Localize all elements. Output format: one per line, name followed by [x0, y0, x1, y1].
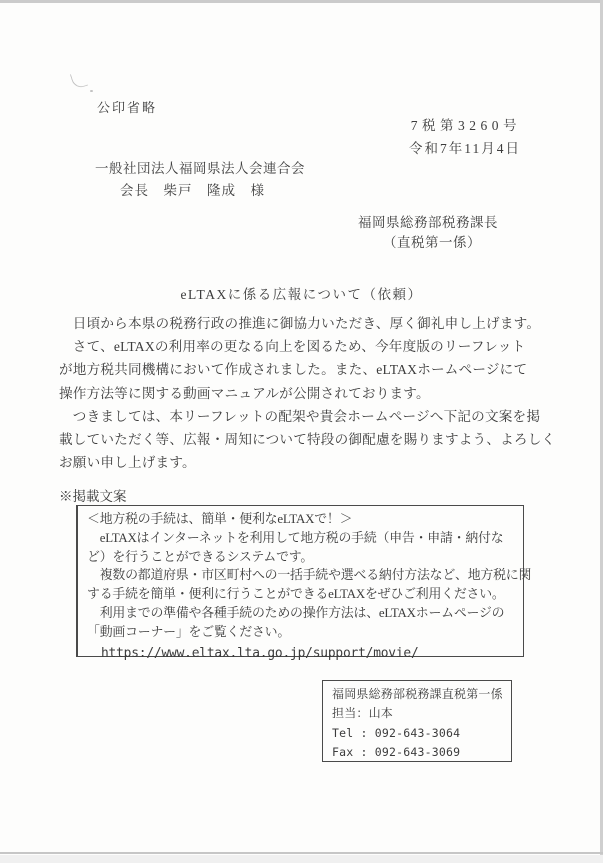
scan-artifact-dot: [90, 90, 93, 92]
recipient-name: 会長 柴戸 隆成 様: [120, 179, 265, 199]
body-line: さて、eLTAXの利用率の更なる向上を図るため、今年度版のリーフレット: [59, 335, 551, 358]
recipient-organization: 一般社団法人福岡県法人会連合会: [95, 157, 305, 177]
body-paragraphs: 日頃から本県の税務行政の推進に御協力いただき、厚く御礼申し上げます。 さて、eL…: [59, 312, 551, 474]
draft-line: eLTAXはインターネットを利用して地方税の手続（申告・申請・納付な: [87, 529, 514, 548]
scan-edge-bottom: [0, 852, 603, 854]
document-number: 7税第3260号: [409, 114, 521, 137]
body-line: が地方税共同機構において作成されました。また、eLTAXホームページにて: [59, 358, 551, 381]
subject-title: eLTAXに係る広報について（依頼）: [0, 283, 603, 303]
draft-label: ※掲載文案: [59, 485, 127, 505]
contact-box: 福岡県総務部税務課直税第一係 担当：山本 Tel : 092-643-3064 …: [322, 680, 512, 762]
body-line: お願い申し上げます。: [59, 451, 551, 474]
draft-url: https://www.eltax.lta.go.jp/support/movi…: [87, 645, 514, 664]
draft-line: ＜地方税の手続は、簡単・便利なeLTAXで！＞: [87, 510, 514, 529]
scan-artifact-mark: [70, 70, 88, 90]
draft-line: する手続を簡単・便利に行うことができるeLTAXをぜひご利用ください。: [87, 585, 514, 604]
sender-section: （直税第一係）: [383, 231, 481, 251]
body-line: 日頃から本県の税務行政の推進に御協力いただき、厚く御礼申し上げます。: [59, 312, 551, 335]
contact-person: 担当：山本: [332, 704, 503, 723]
document-meta: 7税第3260号 令和7年11月4日: [409, 114, 521, 160]
body-line: 操作方法等に関する動画マニュアルが公開されております。: [59, 382, 551, 405]
draft-text-box: ＜地方税の手続は、簡単・便利なeLTAXで！＞ eLTAXはインターネットを利用…: [76, 505, 524, 657]
draft-line: 利用までの準備や各種手続のための操作方法は、eLTAXホームページの: [87, 604, 514, 623]
body-line: 載していただく等、広報・周知について特段の御配慮を賜りますよう、よろしく: [59, 428, 551, 451]
document-page: 公印省略 7税第3260号 令和7年11月4日 一般社団法人福岡県法人会連合会 …: [0, 0, 603, 855]
draft-line: ど）を行うことができるシステムです。: [87, 548, 514, 567]
contact-fax: Fax : 092-643-3069: [332, 743, 503, 762]
contact-tel: Tel : 092-643-3064: [332, 724, 503, 743]
scan-edge-top: [0, 0, 603, 3]
body-line: つきましては、本リーフレットの配架や貴会ホームページへ下記の文案を掲: [59, 405, 551, 428]
contact-office: 福岡県総務部税務課直税第一係: [332, 685, 503, 704]
document-date: 令和7年11月4日: [409, 137, 521, 160]
draft-line: 複数の都道府県・市区町村への一括手続や選べる納付方法など、地方税に関: [87, 566, 514, 585]
draft-line: 「動画コーナー」をご覧ください。: [87, 623, 514, 642]
stamp-omitted-note: 公印省略: [97, 97, 157, 116]
sender-title: 福岡県総務部税務課長: [358, 211, 498, 231]
